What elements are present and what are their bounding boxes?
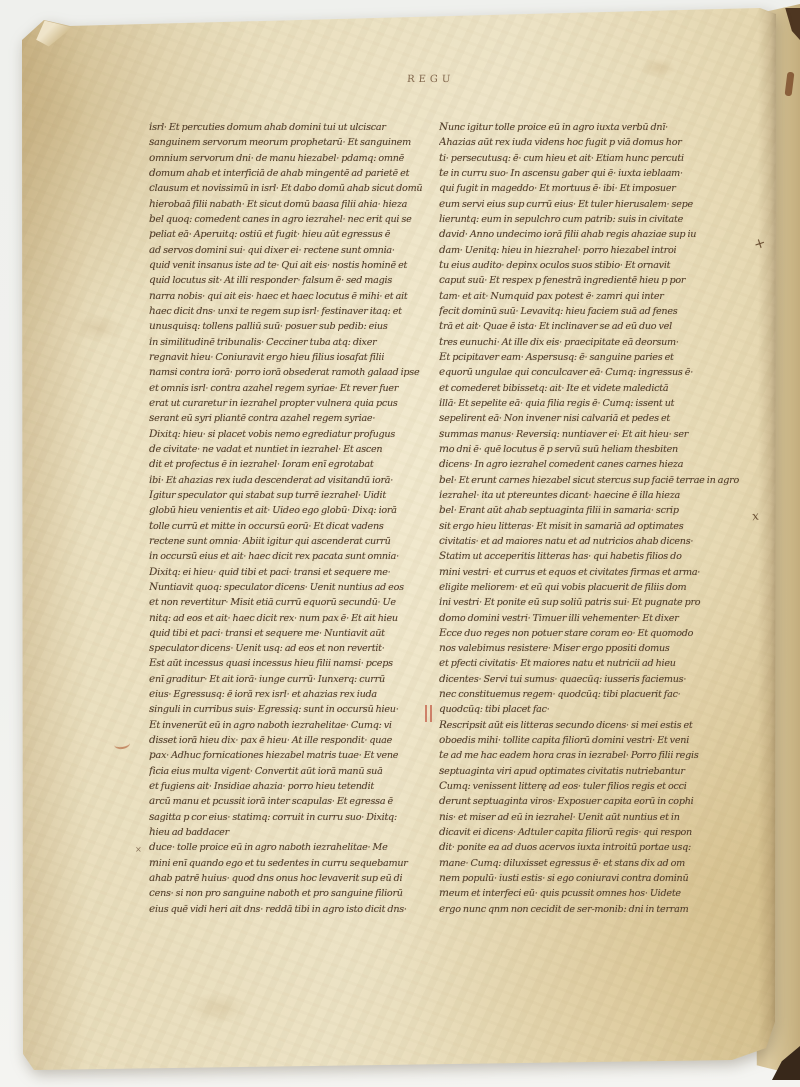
manuscript-line: bel quoq: comedent canes in agro iezrahe… <box>149 212 443 227</box>
manuscript-line: et omnis isrl· contra azahel regem syria… <box>149 381 443 396</box>
margin-x-mark: x <box>751 509 760 524</box>
manuscript-line: ergo nunc qnm non cecidit de ser-monib: … <box>439 902 741 917</box>
manuscript-line: te in curru suo· In ascensu gaber qui ē·… <box>439 166 741 181</box>
manuscript-line: trā et ait· Quae ē ista· Et inclinaver s… <box>439 319 741 334</box>
manuscript-line: omnium servorum dni· de manu hiezabel· p… <box>149 151 443 166</box>
manuscript-line: dicavit ei dicens· Adtuler capita filior… <box>439 825 741 840</box>
manuscript-line: isrl· Et percuties domum ahab domini tui… <box>149 120 443 135</box>
manuscript-line: mo dni ē· quē locutus ē p servū suū heli… <box>439 442 741 457</box>
manuscript-line: globū hieu venientis et ait· Uideo ego g… <box>149 503 443 518</box>
manuscript-line: singuli in curribus suis· Egressiq: sunt… <box>149 702 443 717</box>
manuscript-line: Statim ut acceperitis litteras has· qui … <box>439 549 741 564</box>
manuscript-line: mini enī quando ego et tu sedentes in cu… <box>149 856 443 871</box>
manuscript-page: REGU isrl· Et percuties domum ahab domin… <box>18 8 780 1074</box>
manuscript-line: oboedis mihi· tollite capita filiorū dom… <box>439 733 741 748</box>
manuscript-line: nec constituemus regem· quodcūq: tibi pl… <box>439 687 741 702</box>
text-column-left: isrl· Et percuties domum ahab domini tui… <box>149 120 443 922</box>
manuscript-line: arcū manu et pcussit iorā inter scapulas… <box>149 794 443 809</box>
manuscript-line: Nuntiavit quoq: speculator dicens· Uenit… <box>149 580 443 595</box>
manuscript-line: Dixitq: hieu· si placet vobis nemo egred… <box>149 427 443 442</box>
manuscript-line: mini vestri· et currus et equos et civit… <box>439 565 741 580</box>
manuscript-line: caput suū· Et respex p fenestrā ingredie… <box>439 273 741 288</box>
manuscript-line: et fugiens ait· Insidiae ahazia· porro h… <box>149 779 443 794</box>
manuscript-line: sepelirent eā· Non invener nisi calvariā… <box>439 411 741 426</box>
manuscript-line: meum et interfeci eū· quis pcussit omnes… <box>439 886 741 901</box>
manuscript-line: quodcūq: tibi placet fac· <box>439 702 741 717</box>
manuscript-line: quid tibi et paci· transi et sequere me·… <box>149 626 443 641</box>
manuscript-line: equorū ungulae qui conculcaver eā· Cumq:… <box>439 365 741 380</box>
manuscript-line: Et invenerūt eū in agro naboth iezraheli… <box>149 718 443 733</box>
manuscript-line: eum servi eius sup currū eius· Et tuler … <box>439 197 741 212</box>
red-correction-mark-column-edge <box>424 705 433 722</box>
manuscript-line: nis· et miser ad eū in iezrahel· Uenit a… <box>439 810 741 825</box>
manuscript-line: erat ut curaretur in iezrahel propter vu… <box>149 396 443 411</box>
manuscript-line: et pfecti civitatis· Et maiores natu et … <box>439 656 741 671</box>
manuscript-line: ini vestri· Et ponite eū sup soliū patri… <box>439 595 741 610</box>
manuscript-line: ficia eius multa vigent· Convertit aūt i… <box>149 764 443 779</box>
manuscript-line: Cumq: venissent litterę ad eos· tuler fi… <box>439 779 741 794</box>
page-edge-shadow <box>758 8 780 1074</box>
manuscript-line: peliat eā· Aperuitq: ostiū et fugit· hie… <box>149 227 443 242</box>
manuscript-line: domum ahab et interficiā de ahab mingent… <box>149 166 443 181</box>
manuscript-line: ti· persecutusq: ē· cum hieu et ait· Eti… <box>439 151 741 166</box>
manuscript-line: iezrahel· ita ut ptereuntes dicant· haec… <box>439 488 741 503</box>
manuscript-line: hieu ad baddacer <box>149 825 443 840</box>
manuscript-line: serant eū syri pliantē contra azahel reg… <box>149 411 443 426</box>
manuscript-line: de civitate· ne vadat et nuntiet in iezr… <box>149 442 443 457</box>
manuscript-line: lieruntq: eum in sepulchro cum patrib: s… <box>439 212 741 227</box>
manuscript-line: tu eius audito· depinx oculos suos stibi… <box>439 258 741 273</box>
manuscript-line: narra nobis· qui ait eis· haec et haec l… <box>149 289 443 304</box>
manuscript-line: duce· tolle proice eū in agro naboth iez… <box>149 840 443 855</box>
manuscript-line: nitq: ad eos et ait· haec dicit rex· num… <box>149 611 443 626</box>
manuscript-line: summas manus· Reversiq: nuntiaver ei· Et… <box>439 427 741 442</box>
manuscript-line: in occursū eius et ait· haec dicit rex p… <box>149 549 443 564</box>
manuscript-line: ad servos domini sui· qui dixer ei· rect… <box>149 243 443 258</box>
manuscript-line: sagitta p cor eius· statimq: corruit in … <box>149 810 443 825</box>
manuscript-line: regnavit hieu· Coniuravit ergo hieu fili… <box>149 350 443 365</box>
manuscript-line: nem populū· iusti estis· si ego coniurav… <box>439 871 741 886</box>
manuscript-line: mane· Cumq: diluxisset egressus ē· et st… <box>439 856 741 871</box>
manuscript-line: civitatis· et ad maiores natu et ad nutr… <box>439 534 741 549</box>
manuscript-line: rectene sunt omnia· Abiit igitur qui asc… <box>149 534 443 549</box>
manuscript-line: quid venit insanus iste ad te· Qui ait e… <box>149 258 443 273</box>
manuscript-line: dit· ponite ea ad duos acervos iuxta int… <box>439 840 741 855</box>
manuscript-line: speculator dicens· Uenit usq: ad eos et … <box>149 641 443 656</box>
red-correction-mark-left-margin <box>113 738 130 750</box>
text-column-right: Nunc igitur tolle proice eū in agro iuxt… <box>439 120 741 922</box>
photo-background: REGU isrl· Et percuties domum ahab domin… <box>0 0 800 1087</box>
manuscript-line: dam· Uenitq: hieu in hiezrahel· porro hi… <box>439 243 741 258</box>
manuscript-line: disset iorā hieu dix· pax ē hieu· At ill… <box>149 733 443 748</box>
manuscript-line: illā· Et sepelite eā· quia filia regis ē… <box>439 396 741 411</box>
manuscript-line: et comederet bibissetq: ait· Ite et vide… <box>439 381 741 396</box>
manuscript-line: tres eunuchi· At ille dix eis· praecipit… <box>439 335 741 350</box>
manuscript-line: sanguinem servorum meorum prophetarū· Et… <box>149 135 443 150</box>
manuscript-line: fecit dominū suū· Levavitq: hieu faciem … <box>439 304 741 319</box>
manuscript-line: in similitudinē tribunalis· Cecciner tub… <box>149 335 443 350</box>
manuscript-line: haec dicit dns· unxi te regem sup isrl· … <box>149 304 443 319</box>
manuscript-line: Rescripsit aūt eis litteras secundo dice… <box>439 718 741 733</box>
manuscript-line: dicentes· Servi tui sumus· quaecūq: iuss… <box>439 672 741 687</box>
manuscript-line: Igitur speculator qui stabat sup turrē i… <box>149 488 443 503</box>
running-title: REGU <box>407 74 528 85</box>
manuscript-line: bel· Et erunt carnes hiezabel sicut ster… <box>439 473 741 488</box>
manuscript-line: Et pcipitaver eam· Aspersusq: ē· sanguin… <box>439 350 741 365</box>
manuscript-line: hierobaā filii nabath· Et sicut domū baa… <box>149 197 443 212</box>
manuscript-line: te ad me hac eadem hora cras in iezrabel… <box>439 748 741 763</box>
manuscript-line: Est aūt incessus quasi incessus hieu fil… <box>149 656 443 671</box>
manuscript-line: enī graditur· Et ait iorā· iunge currū· … <box>149 672 443 687</box>
manuscript-page-wrap: REGU isrl· Et percuties domum ahab domin… <box>18 8 780 1074</box>
manuscript-line: dicens· In agro iezrahel comedent canes … <box>439 457 741 472</box>
manuscript-line: unusquisq: tollens palliū suū· posuer su… <box>149 319 443 334</box>
manuscript-line: david· Anno undecimo iorā filii ahab reg… <box>439 227 741 242</box>
manuscript-line: eius quē vidi heri ait dns· reddā tibi i… <box>149 902 443 917</box>
manuscript-line: derunt septuaginta viros· Exposuer capit… <box>439 794 741 809</box>
manuscript-line: ibi· Et ahazias rex iuda descenderat ad … <box>149 473 443 488</box>
manuscript-line: eius· Egressusq: ē iorā rex isrl· et aha… <box>149 687 443 702</box>
manuscript-line: septuaginta viri apud optimates civitati… <box>439 764 741 779</box>
manuscript-line: tam· et ait· Numquid pax potest ē· zamri… <box>439 289 741 304</box>
manuscript-line: et non revertitur· Misit etiā currū equo… <box>149 595 443 610</box>
manuscript-line: clausum et novissimū in isrl· Et dabo do… <box>149 181 443 196</box>
manuscript-line: dit et profectus ē in iezrahel· Ioram en… <box>149 457 443 472</box>
insertion-mark: × <box>135 845 142 854</box>
manuscript-line: Ecce duo reges non potuer stare coram eo… <box>439 626 741 641</box>
manuscript-line: Ahazias aūt rex iuda videns hoc fugit p … <box>439 135 741 150</box>
manuscript-line: tolle currū et mitte in occursū eorū· Et… <box>149 519 443 534</box>
manuscript-line: bel· Erant aūt ahab septuaginta filii in… <box>439 503 741 518</box>
manuscript-line: quid locutus sit· At illi responder· fal… <box>149 273 443 288</box>
manuscript-line: eligite meliorem· et eū qui vobis placue… <box>439 580 741 595</box>
manuscript-line: qui fugit in mageddo· Et mortuus ē· ibi·… <box>439 181 741 196</box>
manuscript-line: namsi contra iorā· porro iorā obsederat … <box>149 365 443 380</box>
manuscript-line: Dixitq: ei hieu· quid tibi et paci· tran… <box>149 565 443 580</box>
manuscript-line: Nunc igitur tolle proice eū in agro iuxt… <box>439 120 741 135</box>
manuscript-line: nos valebimus resistere· Miser ergo ppos… <box>439 641 741 656</box>
manuscript-line: ahab patrē huius· quod dns onus hoc leva… <box>149 871 443 886</box>
manuscript-line: sit ergo hieu litteras· Et misit in sama… <box>439 519 741 534</box>
manuscript-line: pax· Adhuc fornicationes hiezabel matris… <box>149 748 443 763</box>
manuscript-line: cens· si non pro sanguine naboth et pro … <box>149 886 443 901</box>
manuscript-line: domo domini vestri· Timuer illi vehement… <box>439 611 741 626</box>
